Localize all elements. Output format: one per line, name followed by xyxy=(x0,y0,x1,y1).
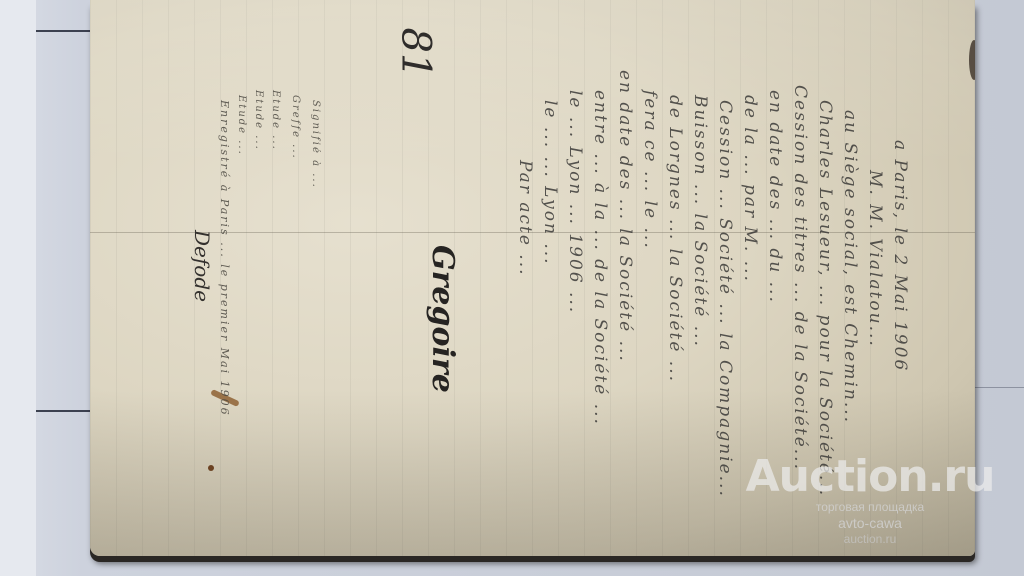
text-line: Cession des titres ... de la Société... xyxy=(790,85,810,471)
text-line: Par acte ... xyxy=(515,160,535,277)
background-edge-line xyxy=(36,410,90,412)
note-line: Etude ... xyxy=(253,90,264,151)
text-line: de la ... par M. ... xyxy=(740,95,760,283)
text-line: au Siège social, est Chemin... xyxy=(840,110,860,424)
left-signature: Defode xyxy=(190,230,214,302)
text-line: en date des ... la Société ... xyxy=(615,70,635,363)
note-line: Etude ... xyxy=(236,95,247,156)
text-line: M. M. Vialatou... xyxy=(865,170,885,348)
note-line: Enregistré à Paris ... le premier Mai 19… xyxy=(218,100,231,417)
background-edge-line xyxy=(975,387,1024,388)
background-edge-line xyxy=(36,30,90,32)
text-line: fera ce ... le ... xyxy=(640,90,660,250)
text-line: Cession ... Société ... la Compagnie... xyxy=(715,100,735,498)
watermark-logo: Auction.ru xyxy=(720,455,1020,499)
watermark-domain: auction.ru xyxy=(720,531,1020,547)
text-line: le ... Lyon ... 1906 ... xyxy=(565,90,585,314)
note-line: Etude ... xyxy=(270,90,281,151)
note-line: Greffe ... xyxy=(290,95,301,160)
signature: Gregoire xyxy=(425,245,460,393)
text-line: en date des ... du ... xyxy=(765,90,785,304)
text-line: entre ... à la ... de la Société ... xyxy=(590,90,610,426)
text-line: a Paris, le 2 Mai 1906 xyxy=(890,140,910,372)
text-line: Buisson ... la Société ... xyxy=(690,95,710,348)
note-line: Signifié à ... xyxy=(310,100,321,189)
watermark: Auction.ru торговая площадка avto-cawa a… xyxy=(720,455,1020,547)
background-surface xyxy=(0,0,36,576)
watermark-seller: avto-cawa xyxy=(720,515,1020,531)
text-line: de Lorgnes ... la Société ... xyxy=(665,95,685,383)
text-line: le ... ... Lyon ... xyxy=(540,100,560,266)
margin-number: 81 xyxy=(392,28,438,79)
text-line: Charles Lesueur, ... pour la Société... xyxy=(815,100,835,497)
